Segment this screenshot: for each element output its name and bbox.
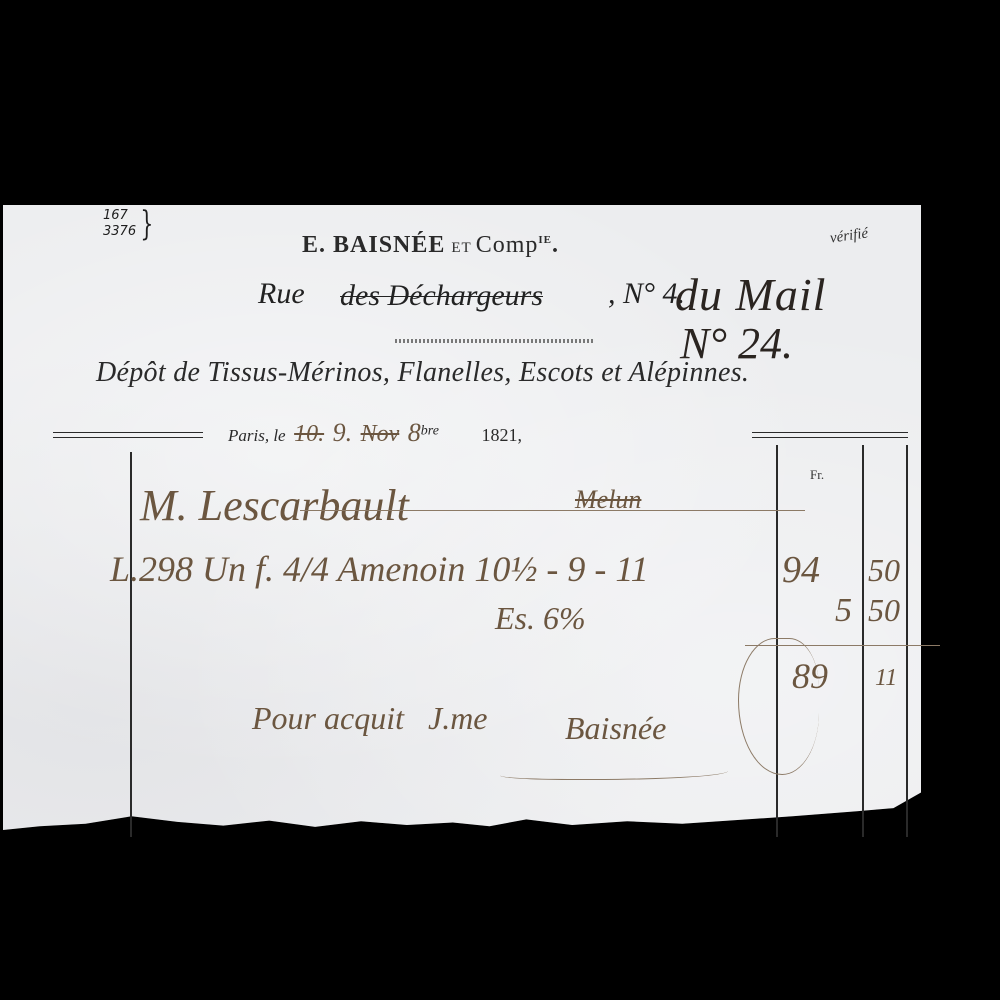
date-struck-day: 10. bbox=[294, 421, 324, 447]
column-rule-centimes bbox=[862, 445, 864, 837]
date-prefix: Paris, le bbox=[228, 426, 286, 445]
reference-number-1: 167 bbox=[103, 208, 136, 224]
company-main: E. BAISNÉE bbox=[302, 232, 445, 258]
tagline: Dépôt de Tissus-Mérinos, Flanelles, Esco… bbox=[96, 357, 749, 389]
date-month: 8 bbox=[408, 418, 421, 447]
street-prefix: Rue bbox=[258, 277, 305, 311]
date-year: 1821, bbox=[481, 425, 522, 445]
column-rule-right bbox=[906, 445, 908, 837]
line-item-centimes: 50 bbox=[868, 552, 900, 589]
currency-header: Fr. bbox=[810, 467, 824, 483]
double-rule-right bbox=[752, 432, 908, 438]
customer-struck-text: Melun bbox=[575, 485, 641, 515]
street-number: , N° 4. bbox=[608, 277, 685, 311]
discount-francs: 5 bbox=[835, 592, 852, 630]
total-centimes: 11 bbox=[875, 665, 897, 692]
company-end: . bbox=[552, 232, 559, 258]
brace-mark: } bbox=[140, 208, 153, 240]
customer-name: M. Lescarbault bbox=[140, 480, 409, 531]
company-name: E. BAISNÉEETCompIE. bbox=[302, 232, 559, 259]
company-comp: Comp bbox=[476, 232, 539, 258]
signature-prefix: J.me bbox=[428, 700, 488, 736]
column-rule-left bbox=[130, 452, 132, 837]
date-month-sup: bre bbox=[421, 423, 439, 438]
receipt-label: Pour acquit bbox=[252, 700, 404, 736]
company-sup: IE bbox=[538, 234, 552, 246]
date-day: 9. bbox=[333, 418, 353, 447]
date-struck-month: Nov bbox=[361, 421, 400, 447]
customer-underline bbox=[300, 510, 805, 511]
receipt-text: Pour acquit J.me bbox=[252, 700, 488, 737]
total-francs: 89 bbox=[792, 655, 828, 697]
discount-centimes: 50 bbox=[868, 592, 900, 629]
double-rule-left bbox=[53, 432, 203, 438]
signature: Baisnée bbox=[565, 710, 666, 747]
ornamental-rule bbox=[395, 339, 595, 343]
reference-numbers: 167 3376 bbox=[103, 208, 136, 240]
street-struck: des Déchargeurs bbox=[340, 279, 543, 313]
line-item-francs: 94 bbox=[782, 548, 820, 592]
street-correction: du Mail bbox=[675, 268, 826, 321]
company-et: ET bbox=[451, 240, 471, 256]
line-item-description: L.298 Un f. 4/4 Amenoin 10½ - 9 - 11 bbox=[110, 548, 649, 590]
reference-number-2: 3376 bbox=[103, 224, 136, 240]
date-line: Paris, le 10. 9. Nov 8bre 1821, bbox=[228, 418, 522, 448]
discount-label: Es. 6% bbox=[495, 600, 586, 637]
